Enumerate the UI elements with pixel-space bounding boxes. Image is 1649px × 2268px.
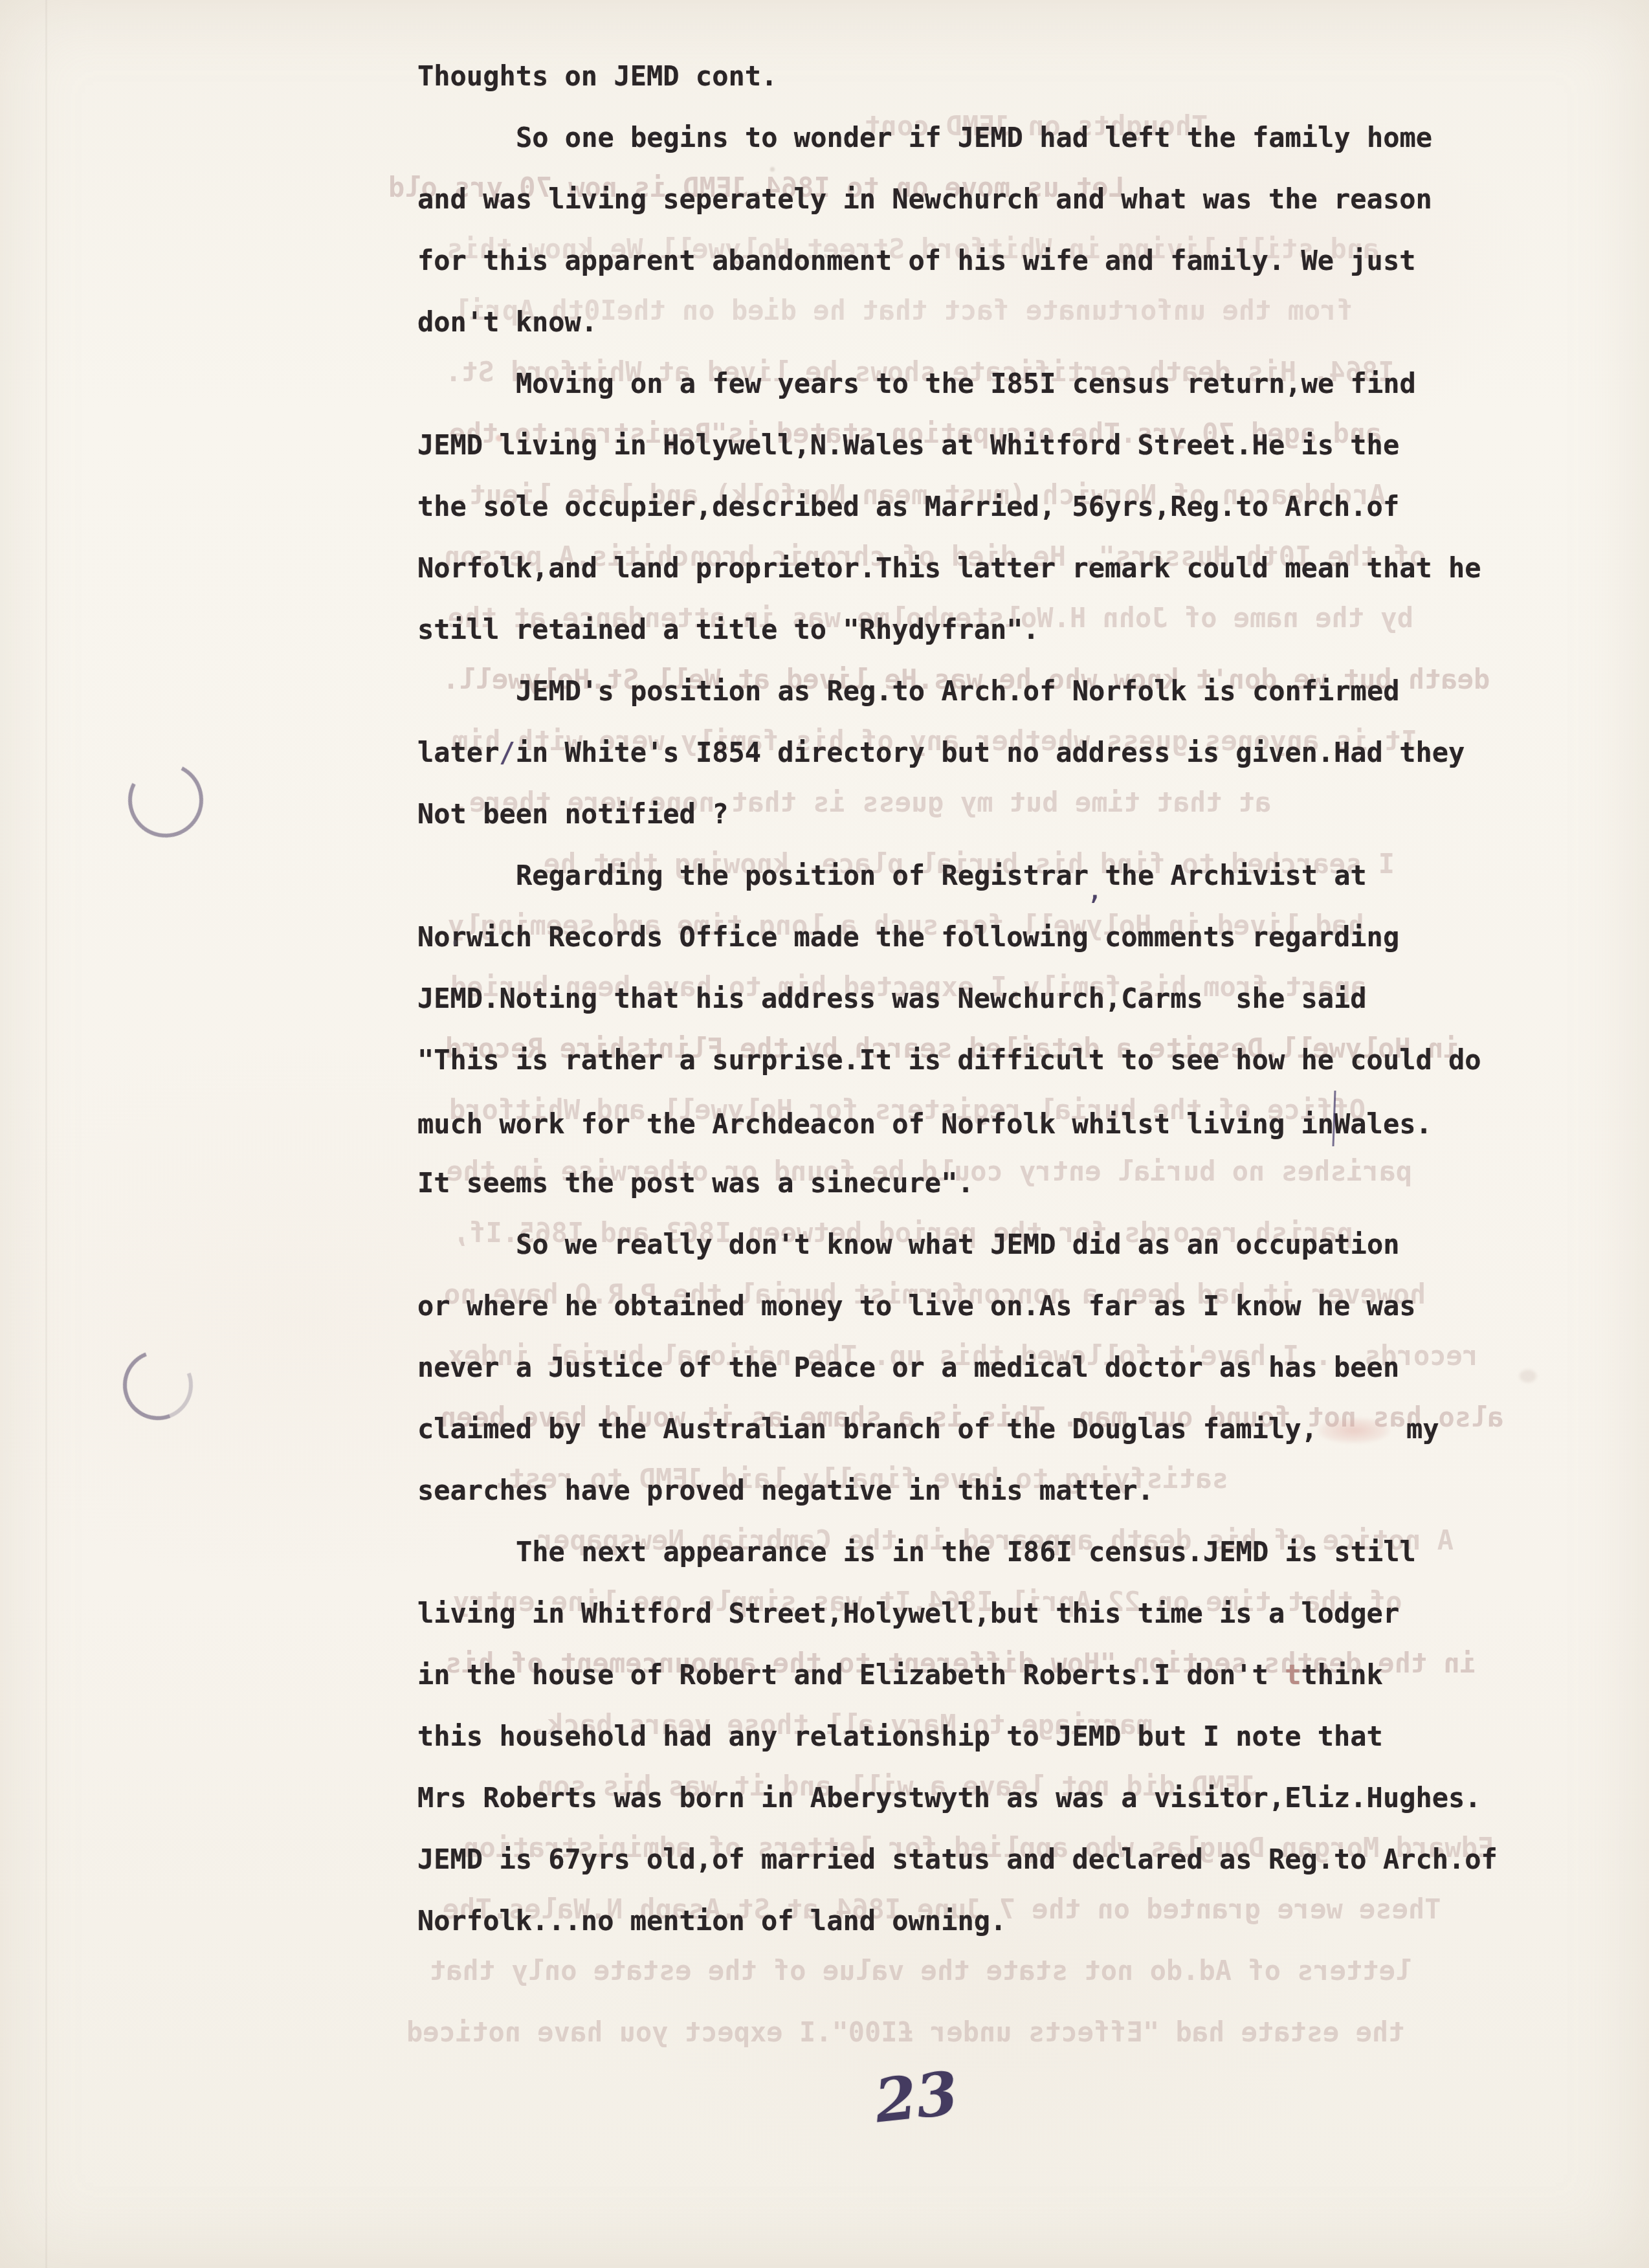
ink-speck-3 bbox=[453, 940, 457, 946]
typed-line: much work for the Archdeacon of Norfolk … bbox=[417, 1091, 1649, 1152]
typed-line: Regarding the position of Registrar,the … bbox=[417, 845, 1649, 906]
typed-line: Norfolk,and land proprietor.This latter … bbox=[417, 537, 1649, 599]
typed-line: in the house of Robert and Elizabeth Rob… bbox=[417, 1644, 1649, 1706]
ink-annotation: t bbox=[1285, 1659, 1301, 1691]
typed-line: living in Whitford Street,Holywell,but t… bbox=[417, 1583, 1649, 1644]
typed-line: Thoughts on JEMD cont. bbox=[417, 45, 1649, 107]
typed-line: JEMD's position as Reg.to Arch.of Norfol… bbox=[417, 660, 1649, 722]
typed-line: Not been notified ? bbox=[417, 783, 1649, 845]
pen-circle-mark-2 bbox=[112, 1339, 205, 1432]
typed-line: Moving on a few years to the I85I census… bbox=[417, 353, 1649, 414]
pen-circle-mark-1 bbox=[118, 753, 213, 847]
erasure-smudge bbox=[1318, 1417, 1390, 1443]
ink-annotation: , bbox=[1087, 874, 1103, 906]
typed-line: still retained a title to "Rhydyfran". bbox=[417, 599, 1649, 660]
typed-line: this household had any relationship to J… bbox=[417, 1706, 1649, 1767]
typed-line: and was living seperately in Newchurch a… bbox=[417, 168, 1649, 230]
typed-line: later/in White's I854 directory but no a… bbox=[417, 722, 1649, 783]
typed-line: JEMD living in Holywell,N.Wales at Whitf… bbox=[417, 414, 1649, 476]
typed-line: the sole occupier,described as Married, … bbox=[417, 476, 1649, 537]
typed-line: The next appearance is in the I86I censu… bbox=[417, 1521, 1649, 1583]
paper-crease bbox=[45, 0, 47, 2268]
typed-line: JEMD is 67yrs old,of married status and … bbox=[417, 1829, 1649, 1890]
typed-line: for this apparent abandonment of his wif… bbox=[417, 230, 1649, 291]
ghost-line: the estate had "Effects under £I00".I ex… bbox=[406, 2016, 1404, 2048]
typed-line: Norwich Records Office made the followin… bbox=[417, 906, 1649, 968]
typed-line: So we really don't know what JEMD did as… bbox=[417, 1214, 1649, 1275]
typed-line: It seems the post was a sinecure". bbox=[417, 1152, 1649, 1214]
typed-line: Mrs Roberts was born in Aberystwyth as w… bbox=[417, 1767, 1649, 1829]
typed-line: "This is rather a surprise.It is difficu… bbox=[417, 1029, 1649, 1091]
ink-speck-2 bbox=[770, 167, 775, 172]
scanned-document-page: Thoughts on JEMD cont.Let us move on to … bbox=[0, 0, 1649, 2268]
ink-annotation: / bbox=[499, 737, 515, 768]
handwritten-page-number: 23 bbox=[872, 2058, 962, 2137]
typed-line: Norfolk...no mention of land owning. bbox=[417, 1890, 1649, 1951]
typed-line: claimed by the Australian branch of the … bbox=[417, 1398, 1649, 1460]
typed-line: JEMD.Noting that his address was Newchur… bbox=[417, 968, 1649, 1029]
typed-text-block: Thoughts on JEMD cont.So one begins to w… bbox=[417, 45, 1649, 1951]
ink-speck-4 bbox=[1520, 1370, 1536, 1383]
typed-line: So one begins to wonder if JEMD had left… bbox=[417, 107, 1649, 168]
typed-line: searches have proved negative in this ma… bbox=[417, 1460, 1649, 1521]
ink-speck-1 bbox=[496, 435, 502, 441]
typed-line: never a Justice of the Peace or a medica… bbox=[417, 1337, 1649, 1398]
ghost-line: letters of Ad.do not state the value of … bbox=[430, 1955, 1411, 1986]
typed-line: or where he obtained money to live on.As… bbox=[417, 1275, 1649, 1337]
typed-line: don't know. bbox=[417, 291, 1649, 353]
